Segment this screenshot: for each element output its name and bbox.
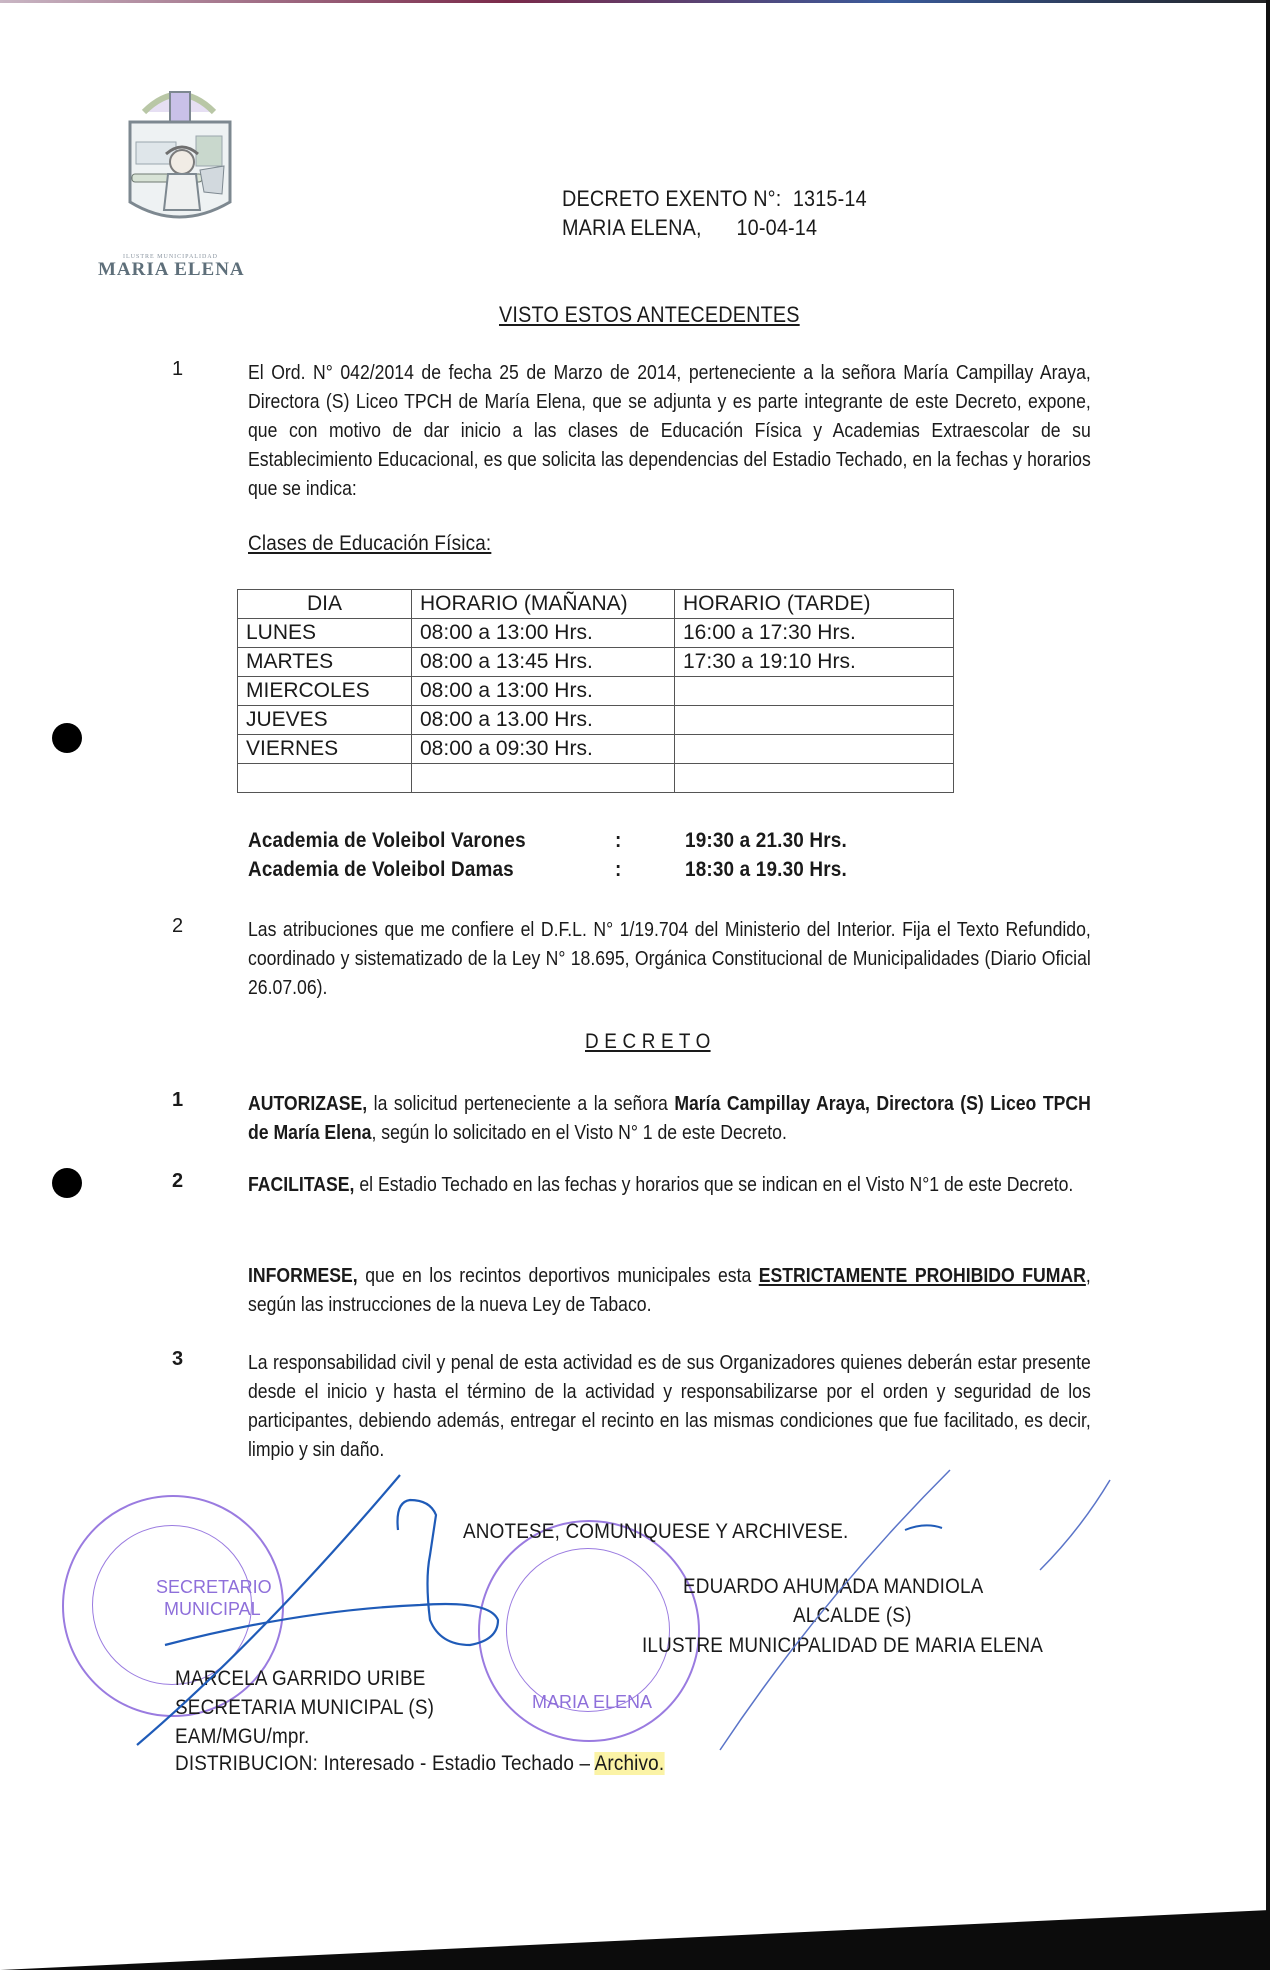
decreto-text: el Estadio Techado en las fechas y horar… xyxy=(354,1173,1073,1196)
decreto-item-1: AUTORIZASE, la solicitud perteneciente a… xyxy=(248,1089,1091,1147)
decreto-item-number: 2 xyxy=(172,1170,183,1193)
table-header-cell: DIA xyxy=(238,590,412,619)
table-cell xyxy=(675,735,954,764)
visto-item-number: 2 xyxy=(172,915,183,938)
table-cell: VIERNES xyxy=(238,735,412,764)
scan-edge-bottom xyxy=(0,1910,1270,1970)
academia-time: 19:30 a 21.30 Hrs. xyxy=(685,829,847,853)
table-cell: MARTES xyxy=(238,648,412,677)
table-cell xyxy=(675,764,954,793)
table-row: MARTES 08:00 a 13:45 Hrs. 17:30 a 19:10 … xyxy=(238,648,954,677)
punch-hole xyxy=(52,723,82,753)
place-date-line: MARIA ELENA, 10-04-14 xyxy=(562,215,817,241)
section-title-decreto: D E C R E T O xyxy=(585,1030,711,1054)
letterhead-org-name: MARIA ELENA xyxy=(98,259,245,281)
signature-strokes xyxy=(0,1440,1270,1800)
punch-hole xyxy=(52,1168,82,1198)
table-cell: LUNES xyxy=(238,619,412,648)
visto-item-1-text: El Ord. N° 042/2014 de fecha 25 de Marzo… xyxy=(248,358,1091,503)
table-cell: 08:00 a 09:30 Hrs. xyxy=(412,735,675,764)
table-cell: 08:00 a 13:45 Hrs. xyxy=(412,648,675,677)
visto-item-number: 1 xyxy=(172,358,183,381)
decreto-text: la solicitud perteneciente a la señora xyxy=(367,1092,674,1115)
academia-name: Academia de Voleibol Damas xyxy=(248,858,514,882)
place: MARIA ELENA, xyxy=(562,215,702,240)
table-header-cell: HORARIO (TARDE) xyxy=(675,590,954,619)
visto-item-2-text: Las atribuciones que me confiere el D.F.… xyxy=(248,915,1091,1002)
academia-separator: : xyxy=(615,858,621,882)
table-cell: 16:00 a 17:30 Hrs. xyxy=(675,619,954,648)
table-row: JUEVES 08:00 a 13.00 Hrs. xyxy=(238,706,954,735)
table-row: MIERCOLES 08:00 a 13:00 Hrs. xyxy=(238,677,954,706)
table-cell: MIERCOLES xyxy=(238,677,412,706)
table-cell: 08:00 a 13:00 Hrs. xyxy=(412,619,675,648)
table-cell xyxy=(675,706,954,735)
informese-text: que en los recintos deportivos municipal… xyxy=(358,1264,759,1287)
decreto-item-number: 1 xyxy=(172,1089,183,1112)
decree-date: 10-04-14 xyxy=(736,215,817,240)
academia-name: Academia de Voleibol Varones xyxy=(248,829,526,853)
decree-number-line: DECRETO EXENTO N°: 1315-14 xyxy=(562,186,867,212)
table-cell: 08:00 a 13:00 Hrs. xyxy=(412,677,675,706)
decree-label: DECRETO EXENTO N°: xyxy=(562,186,781,211)
classes-subtitle: Clases de Educación Física: xyxy=(248,532,491,556)
table-cell xyxy=(675,677,954,706)
table-header-cell: HORARIO (MAÑANA) xyxy=(412,590,675,619)
table-header-row: DIA HORARIO (MAÑANA) HORARIO (TARDE) xyxy=(238,590,954,619)
decree-number: 1315-14 xyxy=(793,186,867,211)
section-title-visto: VISTO ESTOS ANTECEDENTES xyxy=(499,302,800,328)
decreto-keyword: AUTORIZASE, xyxy=(248,1092,367,1115)
smoking-prohibition: ESTRICTAMENTE PROHIBIDO FUMAR xyxy=(759,1264,1086,1287)
academia-time: 18:30 a 19.30 Hrs. xyxy=(685,858,847,882)
table-row xyxy=(238,764,954,793)
informese-paragraph: INFORMESE, que en los recintos deportivo… xyxy=(248,1261,1091,1319)
schedule-table-container: DIA HORARIO (MAÑANA) HORARIO (TARDE) LUN… xyxy=(237,589,954,793)
decreto-item-2: FACILITASE, el Estadio Techado en las fe… xyxy=(248,1170,1091,1199)
table-cell: 17:30 a 19:10 Hrs. xyxy=(675,648,954,677)
decreto-item-number: 3 xyxy=(172,1348,183,1371)
table-row: LUNES 08:00 a 13:00 Hrs. 16:00 a 17:30 H… xyxy=(238,619,954,648)
table-cell: 08:00 a 13.00 Hrs. xyxy=(412,706,675,735)
table-row: VIERNES 08:00 a 09:30 Hrs. xyxy=(238,735,954,764)
table-cell xyxy=(412,764,675,793)
decreto-keyword: FACILITASE, xyxy=(248,1173,354,1196)
informese-keyword: INFORMESE, xyxy=(248,1264,358,1287)
table-cell: JUEVES xyxy=(238,706,412,735)
schedule-table: DIA HORARIO (MAÑANA) HORARIO (TARDE) LUN… xyxy=(237,589,954,793)
municipal-coat-of-arms-icon xyxy=(112,82,247,237)
scan-edge-top xyxy=(0,0,1270,3)
table-cell xyxy=(238,764,412,793)
decreto-text: , según lo solicitado en el Visto N° 1 d… xyxy=(371,1121,786,1144)
academia-separator: : xyxy=(615,829,621,853)
